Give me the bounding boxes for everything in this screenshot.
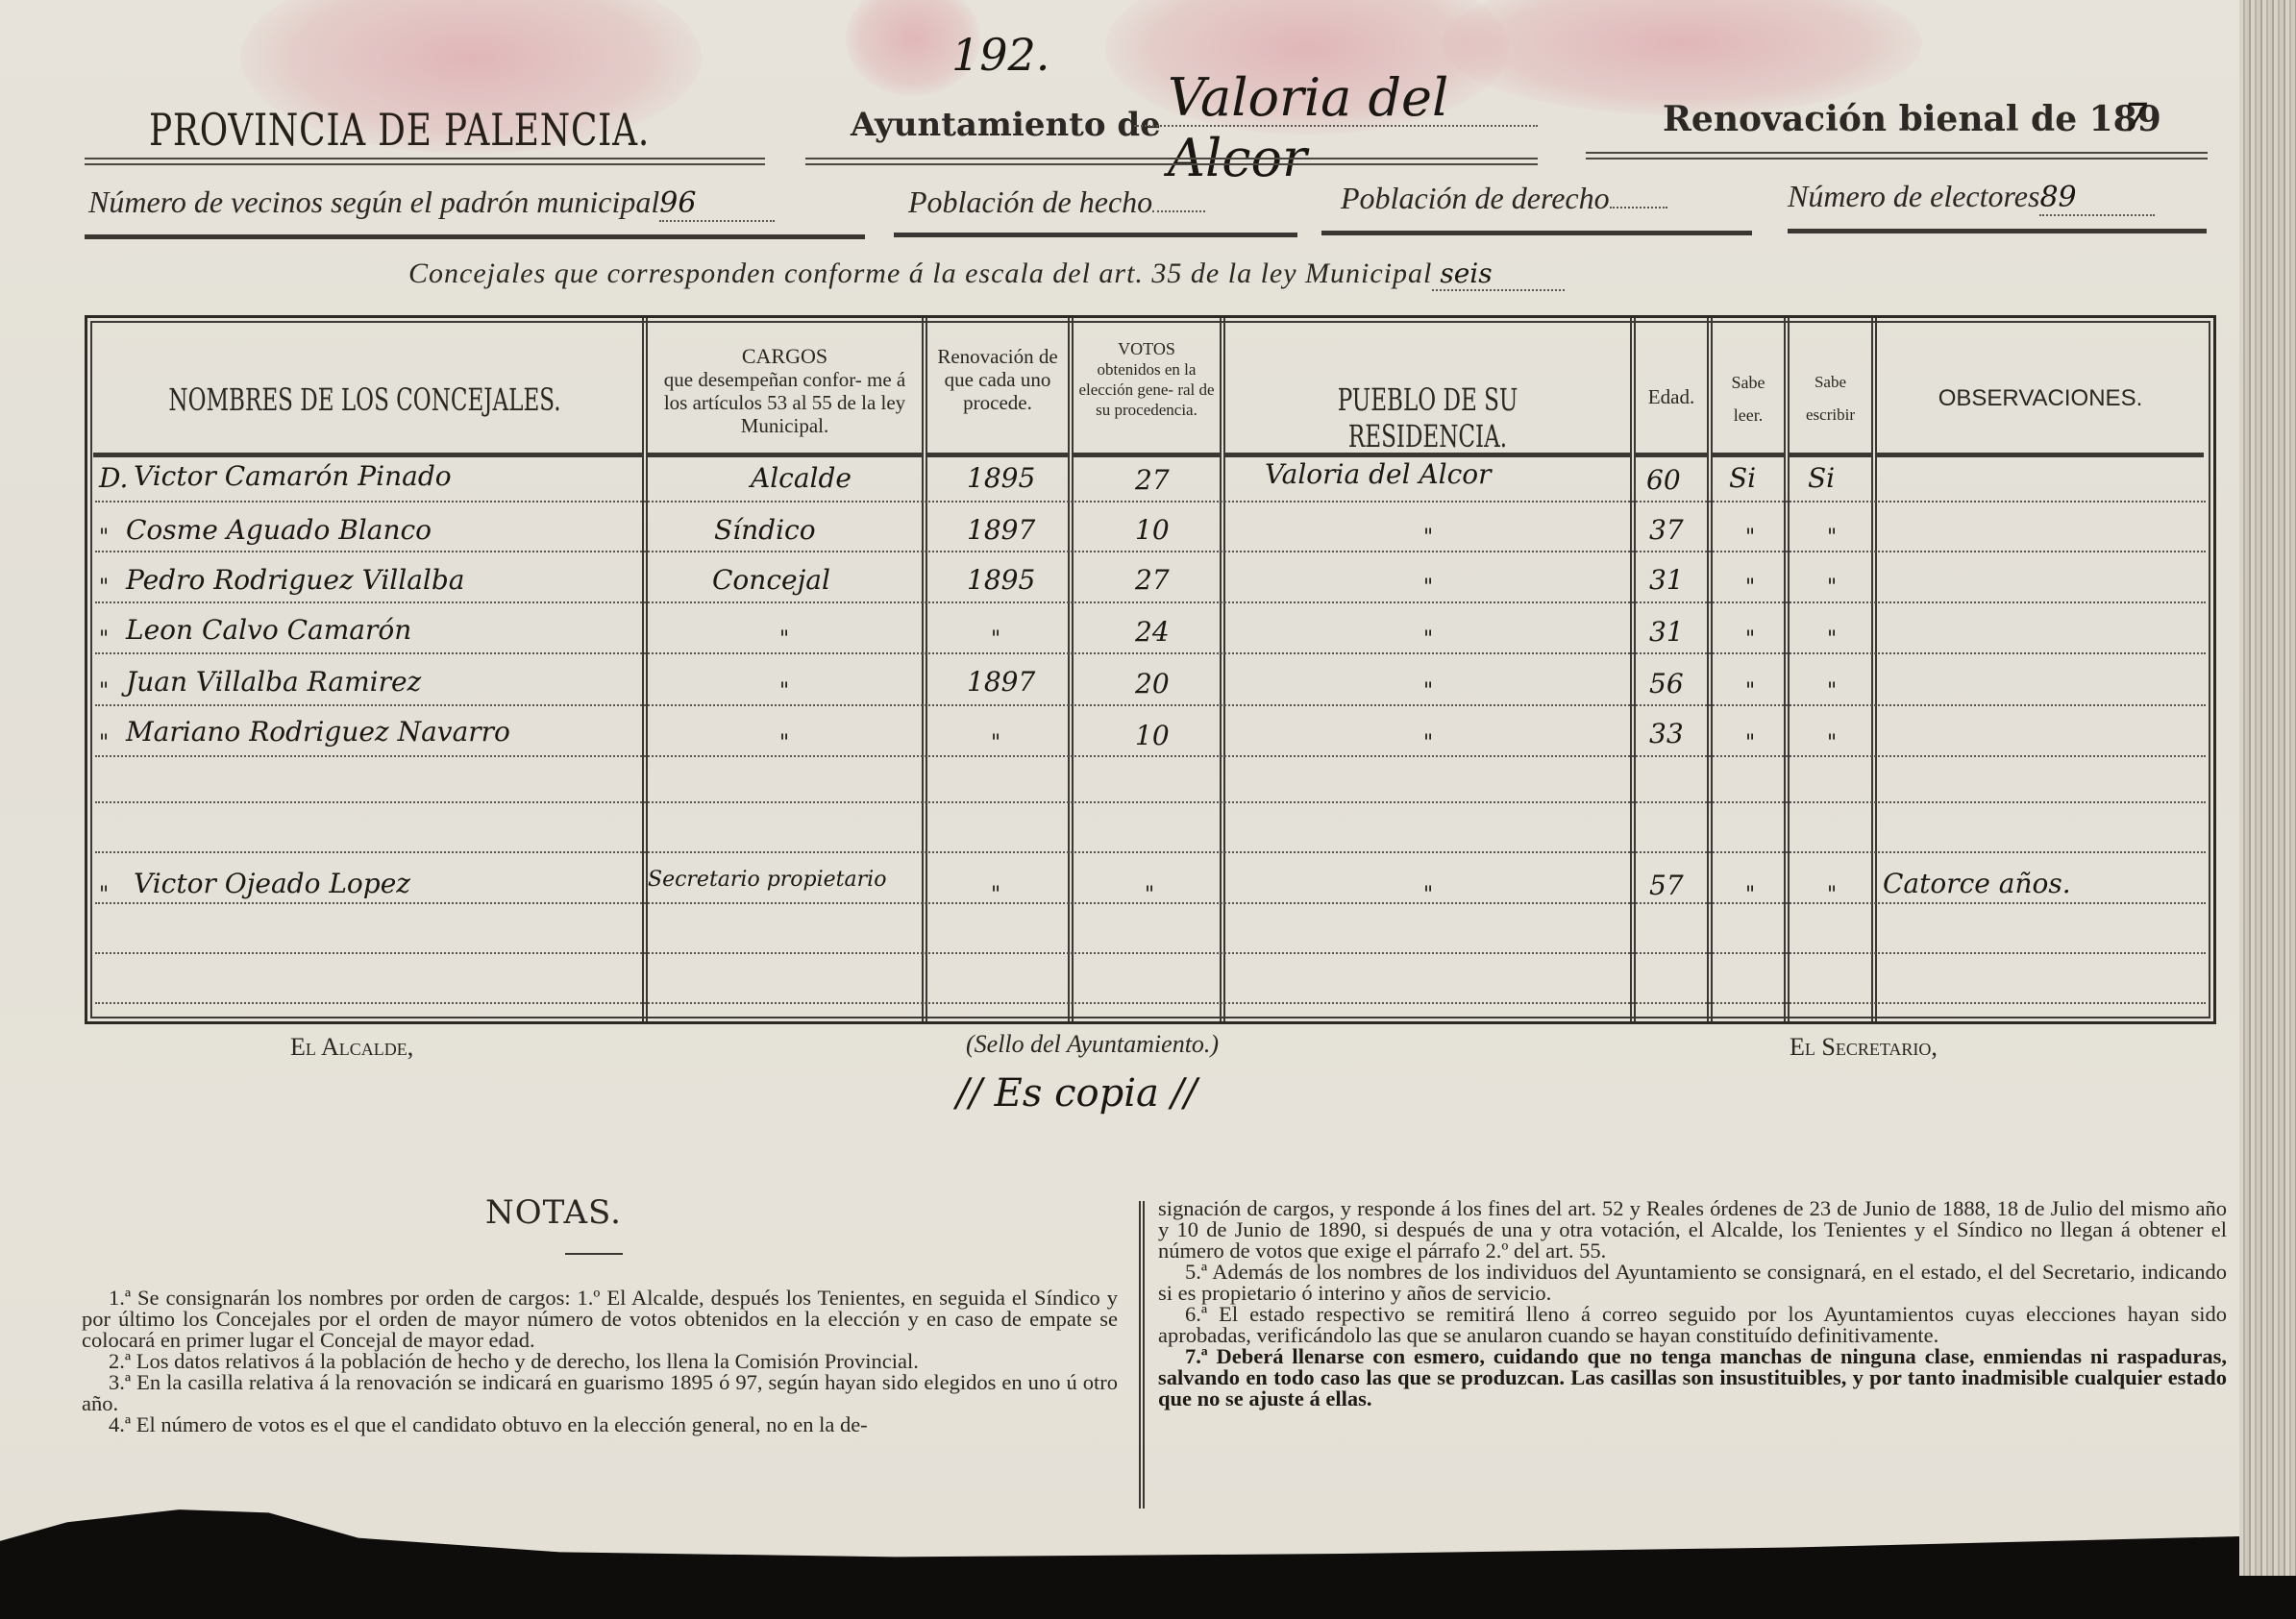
electores-label: Número de electores xyxy=(1788,179,2039,213)
header-cargos-sub: que desempeñan confor- me á los artículo… xyxy=(648,368,922,437)
ayuntamiento-label: Ayuntamiento de xyxy=(851,106,1161,144)
header-sabe-escribir: Sabe escribir xyxy=(1790,366,1871,431)
cell-cargo: " xyxy=(779,627,789,651)
notes-column-left: 1.ª Se consignarán los nombres por orden… xyxy=(82,1288,1118,1435)
cell-escribir: " xyxy=(1827,883,1837,907)
rule xyxy=(1788,229,2207,233)
ayuntamiento-value: Valoria del Alcor xyxy=(1168,67,1448,188)
cell-escribir: " xyxy=(1827,731,1837,755)
ayuntamiento-field: Ayuntamiento de xyxy=(851,106,1161,144)
header-rule xyxy=(1636,453,1707,457)
cell-pueblo: " xyxy=(1423,576,1433,600)
notes-column-right: signación de cargos, y responde á los fi… xyxy=(1158,1198,2227,1410)
electores-field: Número de electores89 xyxy=(1788,179,2155,216)
renovacion-label: Renovación bienal de 189 xyxy=(1663,99,2161,139)
cell-cargo: Concejal xyxy=(712,564,830,596)
cell-escribir: " xyxy=(1827,679,1837,703)
note-2: 2.ª Los datos relativos á la población d… xyxy=(82,1351,1118,1372)
row-prefix: " xyxy=(99,731,109,755)
header-observaciones: OBSERVACIONES. xyxy=(1877,385,2204,412)
ayuntamiento-blank: Valoria del Alcor xyxy=(1134,67,1538,127)
row-line xyxy=(95,952,2206,954)
cell-renovacion: " xyxy=(991,883,1000,907)
province-title: PROVINCIA DE PALENCIA. xyxy=(149,104,650,156)
column-divider xyxy=(1220,318,1225,1021)
header-votos-sub: obtenidos en la elección gene- ral de su… xyxy=(1074,359,1220,420)
header-rule xyxy=(1877,453,2204,457)
rule xyxy=(85,158,765,165)
header-rule xyxy=(648,453,922,457)
poblacion-hecho-label: Población de hecho xyxy=(908,184,1152,219)
cell-edad: 31 xyxy=(1649,564,1684,596)
page-number: 192. xyxy=(951,29,1049,81)
document-page: 192. PROVINCIA DE PALENCIA. Ayuntamiento… xyxy=(0,0,2239,1576)
cell-votos: 10 xyxy=(1135,720,1170,751)
cell-leer: " xyxy=(1745,731,1755,755)
rule xyxy=(894,233,1297,237)
cell-edad: 60 xyxy=(1646,464,1681,496)
renovacion-year: 7 xyxy=(2123,96,2147,140)
cell-votos: 10 xyxy=(1135,514,1170,546)
cell-edad: 56 xyxy=(1649,668,1684,699)
cell-votos: 20 xyxy=(1135,668,1170,699)
header-nombres: NOMBRES DE LOS CONCEJALES. xyxy=(165,381,564,418)
concejales-value: seis xyxy=(1432,258,1565,291)
cell-pueblo: Valoria del Alcor xyxy=(1265,458,1492,490)
cell-edad: 57 xyxy=(1649,870,1684,901)
row-line xyxy=(95,801,2206,803)
cell-votos: 27 xyxy=(1135,464,1170,496)
concejales-line: Concejales que corresponden conforme á l… xyxy=(408,258,1565,291)
cell-escribir: " xyxy=(1827,627,1837,651)
cell-cargo: " xyxy=(779,731,789,755)
cell-nombre: Victor Camarón Pinado xyxy=(134,460,452,492)
row-line xyxy=(95,704,2206,706)
note-7: 7.ª Deberá llenarse con esmero, cuidando… xyxy=(1158,1346,2227,1410)
note-3: 3.ª En la casilla relativa á la renovaci… xyxy=(82,1372,1118,1414)
row-prefix: " xyxy=(99,627,109,651)
note-1: 1.ª Se consignarán los nombres por orden… xyxy=(82,1288,1118,1351)
column-divider xyxy=(922,318,927,1021)
note-4: 4.ª El número de votos es el que el cand… xyxy=(82,1414,1118,1435)
cell-cargo: " xyxy=(779,679,789,703)
header-votos: VOTOS obtenidos en la elección gene- ral… xyxy=(1074,339,1220,420)
cell-nombre: Juan Villalba Ramirez xyxy=(126,666,421,698)
column-divider xyxy=(1068,318,1074,1021)
poblacion-derecho-label: Población de derecho xyxy=(1341,181,1610,215)
cell-pueblo: " xyxy=(1423,627,1433,651)
vecinos-value: 96 xyxy=(659,186,775,222)
rule xyxy=(1586,152,2208,159)
cell-nombre: Mariano Rodriguez Navarro xyxy=(126,716,510,748)
cell-edad: 33 xyxy=(1649,718,1684,749)
cell-renovacion: 1897 xyxy=(967,666,1035,698)
cell-escribir: " xyxy=(1827,526,1837,550)
cell-edad: 31 xyxy=(1649,616,1684,648)
cell-votos: 27 xyxy=(1135,564,1170,596)
header-cargos-title: CARGOS xyxy=(648,345,922,368)
poblacion-derecho-field: Población de derecho xyxy=(1341,181,1667,216)
vecinos-label: Número de vecinos según el padrón munici… xyxy=(88,184,659,219)
secretario-signature-label: El Secretario, xyxy=(1790,1033,1938,1062)
alcalde-signature-label: El Alcalde, xyxy=(290,1033,413,1062)
note-4-continued: signación de cargos, y responde á los fi… xyxy=(1158,1198,2227,1262)
electores-value: 89 xyxy=(2039,181,2155,216)
cell-cargo: Secretario propietario xyxy=(648,868,886,892)
cell-renovacion: 1897 xyxy=(967,514,1035,546)
rule xyxy=(805,158,1538,165)
vecinos-field: Número de vecinos según el padrón munici… xyxy=(88,184,775,222)
row-line xyxy=(95,851,2206,853)
cell-nombre: Cosme Aguado Blanco xyxy=(126,514,432,546)
cell-renovacion: " xyxy=(991,627,1000,651)
cell-renovacion: 1895 xyxy=(967,564,1035,596)
concejales-table: NOMBRES DE LOS CONCEJALES. CARGOS que de… xyxy=(85,315,2216,1024)
cell-leer: " xyxy=(1745,526,1755,550)
cell-observaciones: Catorce años. xyxy=(1883,868,2071,899)
cell-leer: " xyxy=(1745,627,1755,651)
cell-leer: " xyxy=(1745,883,1755,907)
cell-nombre: Victor Ojeado Lopez xyxy=(134,868,410,899)
es-copia-annotation: // Es copia // xyxy=(956,1071,1197,1116)
cell-nombre: Pedro Rodriguez Villalba xyxy=(126,564,464,596)
cell-escribir: " xyxy=(1827,576,1837,600)
notes-title-rule xyxy=(565,1253,623,1255)
header-rule xyxy=(927,453,1068,457)
header-rule xyxy=(1713,453,1784,457)
row-prefix: " xyxy=(99,526,109,550)
column-divider xyxy=(1871,318,1877,1021)
header-renovacion: Renovación de que cada uno procede. xyxy=(927,345,1068,414)
header-pueblo: PUEBLO DE SU RESIDENCIA. xyxy=(1282,381,1573,454)
row-line xyxy=(95,755,2206,757)
header-rule xyxy=(93,453,642,457)
row-line xyxy=(95,601,2206,603)
header-sabe-leer: Sabe leer. xyxy=(1713,366,1784,431)
cell-escribir: Si xyxy=(1808,462,1835,494)
header-rule xyxy=(1225,453,1630,457)
row-line xyxy=(95,1002,2206,1004)
cell-pueblo: " xyxy=(1423,731,1433,755)
cell-edad: 37 xyxy=(1649,514,1684,546)
poblacion-derecho-value xyxy=(1610,207,1667,209)
cell-cargo: Síndico xyxy=(714,514,816,546)
row-line xyxy=(95,501,2206,503)
sello-label: (Sello del Ayuntamiento.) xyxy=(966,1030,1219,1059)
cell-leer: Si xyxy=(1729,462,1756,494)
poblacion-hecho-field: Población de hecho xyxy=(908,184,1205,220)
row-line xyxy=(95,652,2206,654)
row-prefix: " xyxy=(99,679,109,703)
renovacion-field: Renovación bienal de 1897 xyxy=(1663,96,2185,140)
cell-votos: " xyxy=(1145,883,1154,907)
cell-votos: 24 xyxy=(1135,616,1170,648)
row-prefix: D. xyxy=(99,462,128,494)
rule xyxy=(1321,231,1752,235)
rule xyxy=(85,234,865,239)
notes-column-divider xyxy=(1139,1201,1145,1509)
row-prefix: " xyxy=(99,576,109,600)
note-5: 5.ª Además de los nombres de los individ… xyxy=(1158,1262,2227,1304)
notes-title: NOTAS. xyxy=(485,1193,622,1232)
cell-leer: " xyxy=(1745,679,1755,703)
column-divider xyxy=(1630,318,1636,1021)
cell-cargo: Alcalde xyxy=(751,462,852,494)
header-edad: Edad. xyxy=(1636,385,1707,408)
header-votos-title: VOTOS xyxy=(1074,339,1220,359)
header-cargos: CARGOS que desempeñan confor- me á los a… xyxy=(648,345,922,437)
cell-pueblo: " xyxy=(1423,883,1433,907)
cell-nombre: Leon Calvo Camarón xyxy=(126,614,411,646)
note-6: 6.ª El estado respectivo se remitirá lle… xyxy=(1158,1304,2227,1346)
cell-renovacion: " xyxy=(991,731,1000,755)
poblacion-hecho-value xyxy=(1152,210,1205,212)
cell-leer: " xyxy=(1745,576,1755,600)
page-edge-stack xyxy=(2239,0,2296,1576)
row-prefix: " xyxy=(99,883,109,907)
cell-renovacion: 1895 xyxy=(967,462,1035,494)
row-line xyxy=(95,551,2206,552)
header-rule xyxy=(1790,453,1871,457)
concejales-label: Concejales que corresponden conforme á l… xyxy=(408,258,1432,289)
header-rule xyxy=(1074,453,1220,457)
cell-pueblo: " xyxy=(1423,679,1433,703)
cell-pueblo: " xyxy=(1423,526,1433,550)
